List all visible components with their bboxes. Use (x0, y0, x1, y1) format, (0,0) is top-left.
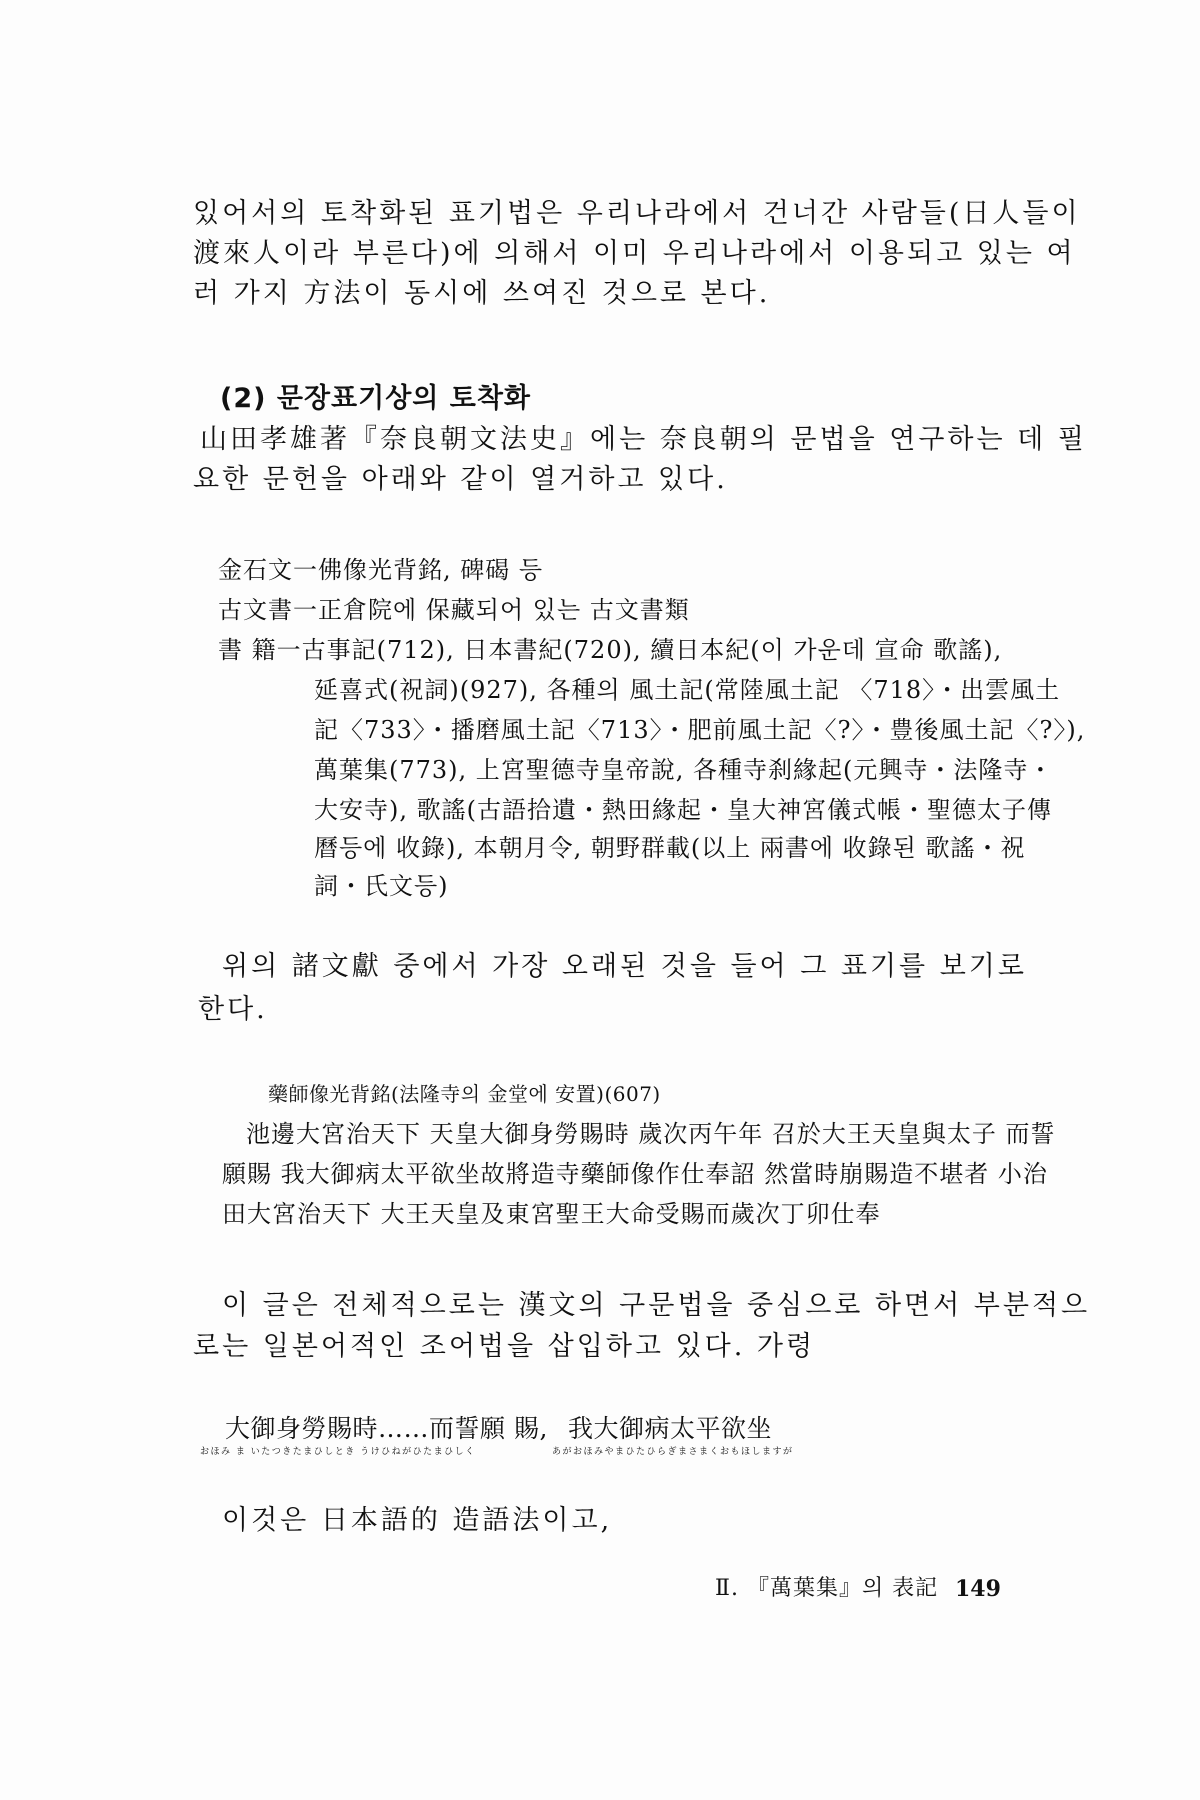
source-list-line-8: 曆등에 收錄), 本朝月令, 朝野群載(以上 兩書에 收錄된 歌謠・祝 (314, 836, 1026, 860)
example-kanbun-2: 我大御病太平欲坐 (568, 1416, 772, 1441)
source-list-line-5: 記〈733〉・播磨風土記〈713〉・肥前風土記〈?〉・豊後風土記〈?〉), (314, 718, 1085, 742)
paragraph3-line-2: 한다. (198, 996, 268, 1023)
inscription-line-1: 池邊大宮治天下 天皇大御身勞賜時 歲次丙午年 召於大王天皇與太子 而誓 (246, 1122, 1056, 1146)
source-list-line-7: 大安寺), 歌謠(古語拾遺・熱田緣起・皇大神宮儀式帳・聖德太子傳 (314, 798, 1052, 822)
source-list-line-3: 書 籍一古事記(712), 日本書紀(720), 續日本紀(이 가운데 宣命 歌… (218, 638, 1002, 662)
source-list-line-1: 金石文一佛像光背銘, 碑碣 등 (218, 558, 543, 582)
example-kanbun-1: 大御身勞賜時……而誓願 賜, (225, 1416, 548, 1441)
page-number: 149 (955, 1578, 1001, 1600)
example-furigana-1: おほみ ま いたつきたまひしとき うけひねがひたまひしく (200, 1448, 476, 1457)
paragraph5: 이것은 日本語的 造語法이고, (222, 1507, 612, 1534)
section-heading: (2) 문장표기상의 토착화 (220, 385, 531, 412)
source-list-line-4: 延喜式(祝詞)(927), 各種의 風土記(常陸風土記 〈718〉・出雲風土 (314, 678, 1060, 702)
paragraph1-line-2: 渡來人이라 부른다)에 의해서 이미 우리나라에서 이용되고 있는 여 (193, 240, 1076, 267)
paragraph1-line-3: 러 가지 方法이 동시에 쓰여진 것으로 본다. (193, 280, 770, 307)
paragraph4-line-2: 로는 일본어적인 조어법을 삽입하고 있다. 가령 (193, 1333, 815, 1360)
document-page: 있어서의 토착화된 표기법은 우리나라에서 건너간 사람들(日人들이 渡來人이라… (0, 0, 1200, 1800)
source-list-line-6: 萬葉集(773), 上宮聖德寺皇帝說, 各種寺刹緣起(元興寺・法隆寺・ (314, 758, 1053, 782)
paragraph2-line-1: 山田孝雄著『奈良朝文法史』에는 奈良朝의 문법을 연구하는 데 필 (200, 426, 1087, 453)
inscription-title: 藥師像光背銘(法隆寺의 金堂에 安置)(607) (268, 1084, 661, 1104)
paragraph1-line-1: 있어서의 토착화된 표기법은 우리나라에서 건너간 사람들(日人들이 (193, 200, 1081, 227)
paragraph3-line-1: 위의 諸文獻 중에서 가장 오래된 것을 들어 그 표기를 보기로 (222, 953, 1027, 980)
running-title: Ⅱ. 『萬葉集』의 表記 (715, 1578, 938, 1600)
inscription-line-2: 願賜 我大御病太平欲坐故將造寺藥師像作仕奉詔 然當時崩賜造不堪者 小治 (222, 1162, 1048, 1186)
example-furigana-2: あがおほみやまひたひらぎまさまくおもほしますが (552, 1448, 794, 1457)
source-list-line-9: 詞・氏文등) (314, 874, 449, 898)
inscription-line-3: 田大宮治天下 大王天皇及東宮聖王大命受賜而歲次丁卯仕奉 (222, 1202, 881, 1226)
paragraph4-line-1: 이 글은 전체적으로는 漢文의 구문법을 중심으로 하면서 부분적으 (222, 1292, 1090, 1319)
paragraph2-line-2: 요한 문헌을 아래와 같이 열거하고 있다. (193, 466, 728, 493)
source-list-line-2: 古文書一正倉院에 保藏되어 있는 古文書類 (218, 598, 690, 622)
